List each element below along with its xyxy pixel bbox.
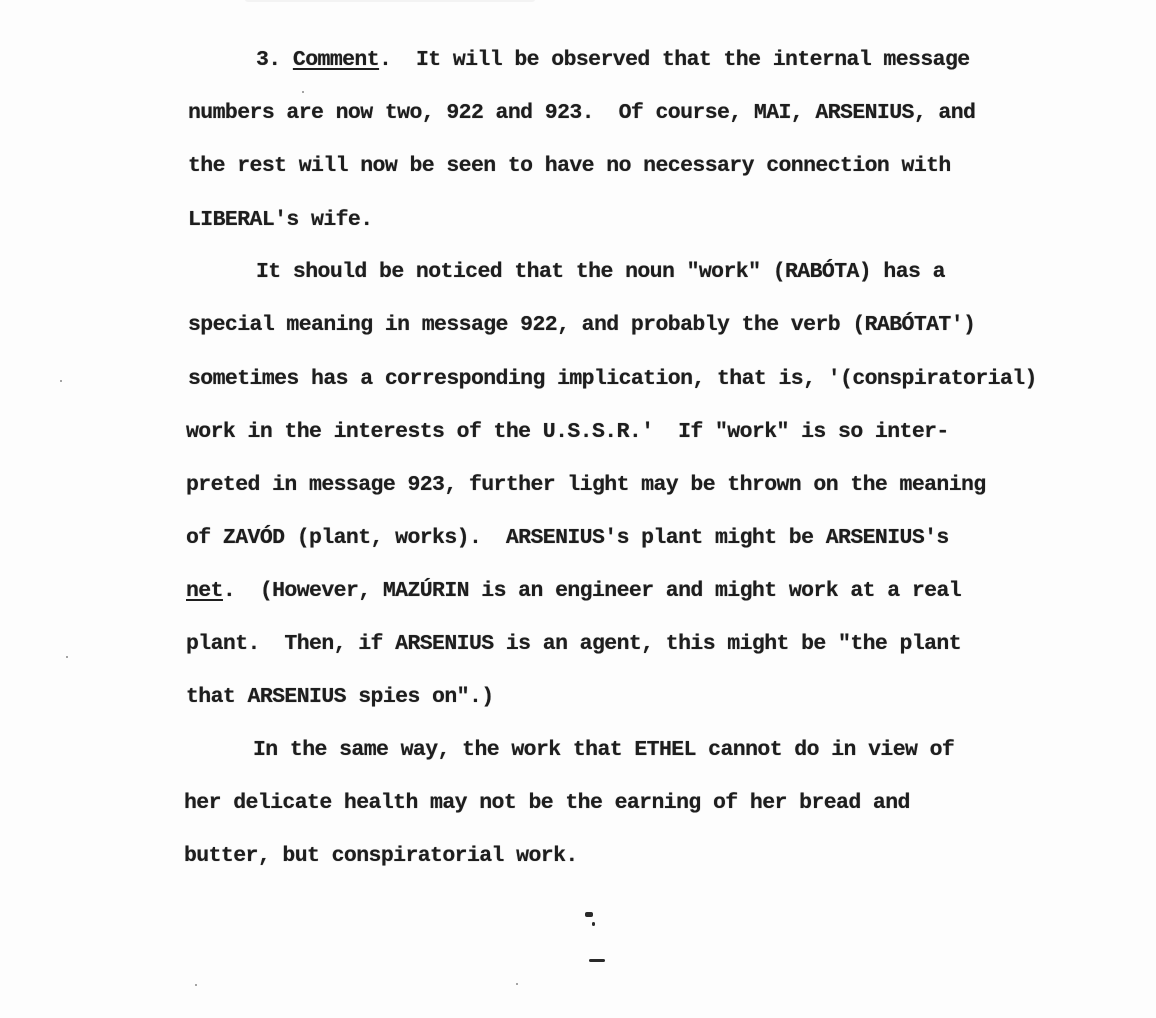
paragraph-2-line-5: preted in message 923, further light may… [186, 471, 986, 499]
paragraph-3-line-2: her delicate health may not be the earni… [184, 789, 910, 817]
faint-previous-line [245, 0, 535, 2]
line-text: . (However, MAZÚRIN is an engineer and m… [223, 579, 961, 603]
paragraph-1-line-2: numbers are now two, 922 and 923. Of cou… [188, 99, 975, 127]
paragraph-2-line-8: plant. Then, if ARSENIUS is an agent, th… [186, 630, 961, 658]
section-number: 3. [256, 48, 293, 72]
paragraph-2-line-2: special meaning in message 922, and prob… [188, 311, 975, 339]
paragraph-2-line-9: that ARSENIUS spies on".) [186, 683, 494, 711]
paragraph-3-line-1: In the same way, the work that ETHEL can… [253, 736, 954, 764]
paragraph-1-line-1: 3. Comment. It will be observed that the… [256, 46, 970, 74]
paragraph-2-line-4: work in the interests of the U.S.S.R.' I… [186, 418, 949, 446]
speck [516, 983, 518, 985]
paragraph-1-line-4: LIBERAL's wife. [188, 206, 373, 234]
paragraph-2-line-7: net. (However, MAZÚRIN is an engineer an… [186, 577, 961, 605]
paragraph-2-line-1: It should be noticed that the noun "work… [256, 258, 945, 286]
ink-smudge [592, 922, 595, 926]
page-mark [589, 959, 605, 962]
paragraph-2-line-3: sometimes has a corresponding implicatio… [188, 365, 1037, 393]
ink-smudge [585, 912, 593, 917]
paragraph-1-line-3: the rest will now be seen to have no nec… [188, 152, 951, 180]
speck [60, 380, 62, 382]
document-page: 3. Comment. It will be observed that the… [0, 0, 1156, 1018]
speck [195, 984, 197, 986]
underlined-word: net [186, 579, 223, 603]
paragraph-3-line-3: butter, but conspiratorial work. [184, 842, 578, 870]
speck [66, 656, 68, 658]
section-heading: Comment [293, 48, 379, 72]
paragraph-2-line-6: of ZAVÓD (plant, works). ARSENIUS's plan… [186, 524, 949, 552]
speck [302, 91, 304, 93]
line-text: . It will be observed that the internal … [379, 48, 970, 72]
